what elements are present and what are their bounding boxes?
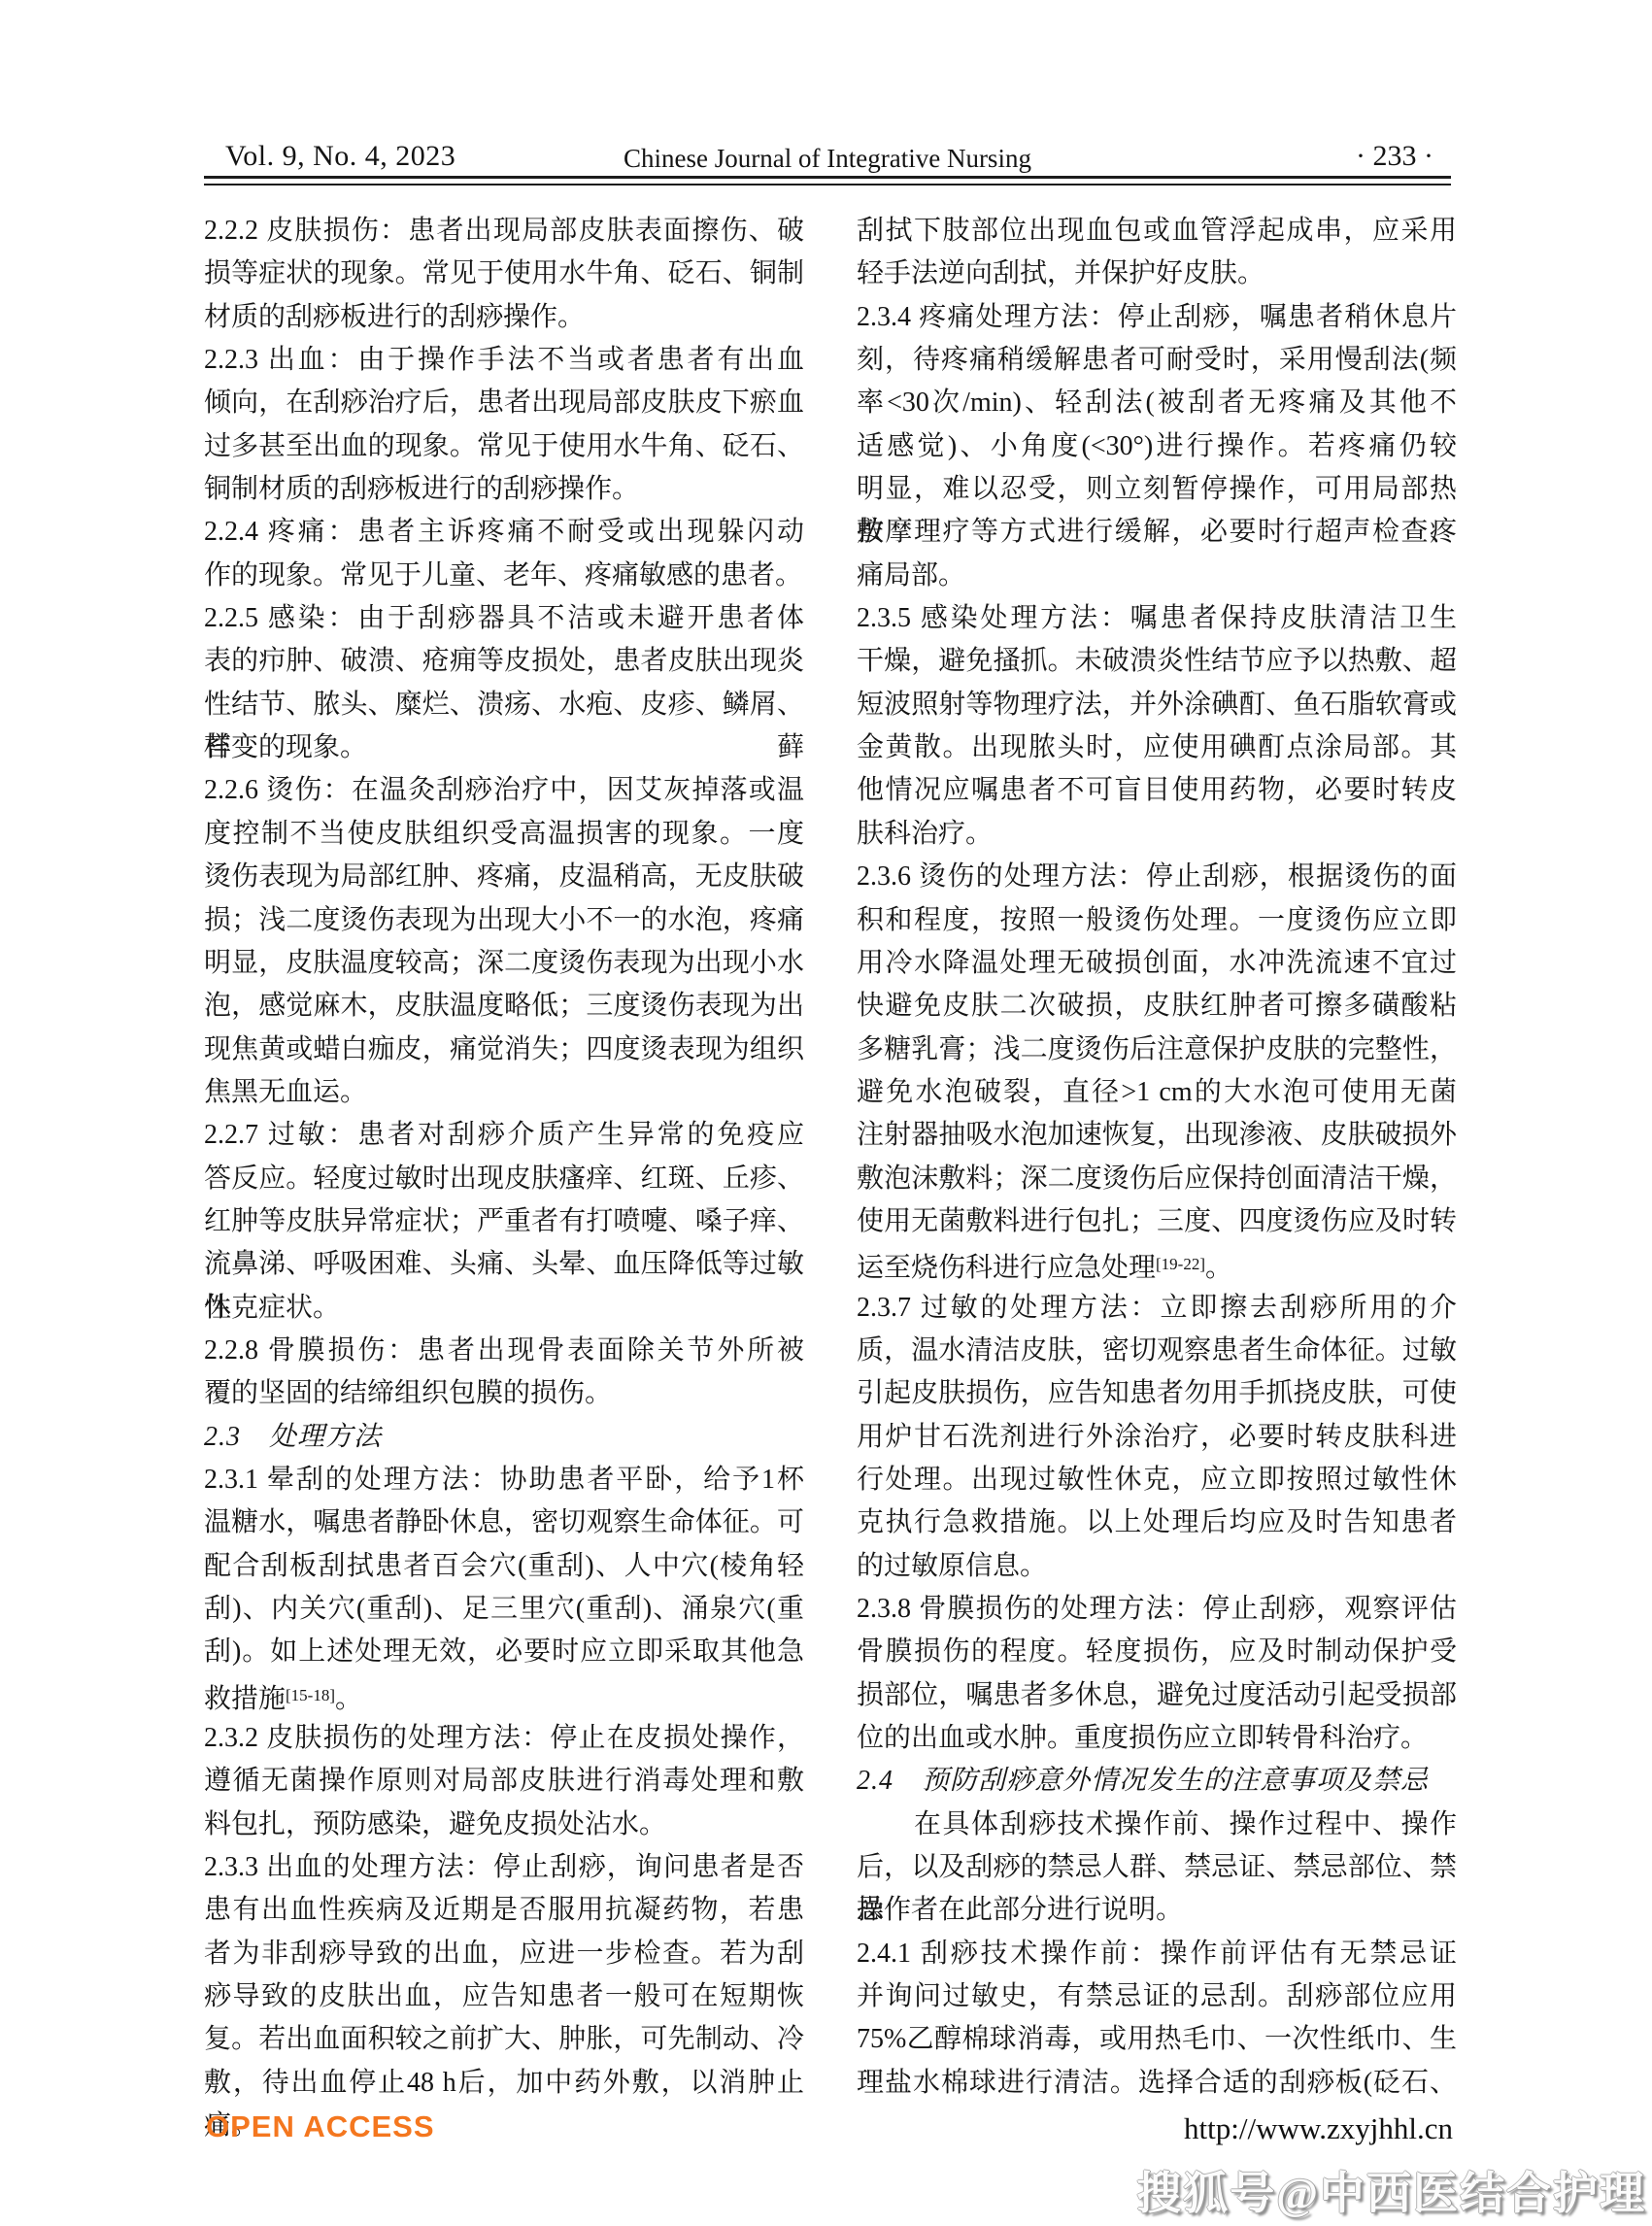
text-line: 患有出血性疾病及近期是否服用抗凝药物，若患 <box>204 1889 804 1932</box>
text-line: 引起皮肤损伤，应告知患者勿用手抓挠皮肤，可使 <box>857 1372 1457 1415</box>
text-line: 红肿等皮肤异常症状；严重者有打喷嚏、嗓子痒、 <box>204 1200 804 1243</box>
text-line: 干燥，避免搔抓。未破溃炎性结节应予以热敷、超 <box>857 640 1457 683</box>
text-line: 敷泡沫敷料；深二度烫伤后应保持创面清洁干燥， <box>857 1158 1457 1200</box>
section-heading: 2.3 处理方法 <box>204 1416 804 1459</box>
text-line: 配合刮板刮拭患者百会穴(重刮)、人中穴(棱角轻 <box>204 1545 804 1588</box>
text-line: 用冷水降温处理无破损创面，水冲洗流速不宜过 <box>857 942 1457 985</box>
text-line: 材质的刮痧板进行的刮痧操作。 <box>204 296 804 339</box>
text-line: 2.2.2 皮肤损伤：患者出现局部皮肤表面擦伤、破 <box>204 210 804 253</box>
text-line: 作的现象。常见于儿童、老年、疼痛敏感的患者。 <box>204 555 804 597</box>
text-line: 积和程度，按照一般烫伤处理。一度烫伤应立即 <box>857 899 1457 942</box>
text-line: 2.3.4 疼痛处理方法：停止刮痧，嘱患者稍休息片 <box>857 296 1457 339</box>
text-line: 75%乙醇棉球消毒，或用热毛巾、一次性纸巾、生 <box>857 2018 1457 2061</box>
text-line: 2.2.8 骨膜损伤：患者出现骨表面除关节外所被 <box>204 1330 804 1372</box>
text-line: 2.3.7 过敏的处理方法：立即擦去刮痧所用的介 <box>857 1287 1457 1330</box>
text-line: 2.2.6 烫伤：在温灸刮痧治疗中，因艾灰掉落或温 <box>204 769 804 812</box>
text-line: 后，以及刮痧的禁忌人群、禁忌证、禁忌部位、禁忌 <box>857 1846 1457 1889</box>
right-column: 刮拭下肢部位出现血包或血管浮起成串，应采用轻手法逆向刮拭，并保护好皮肤。2.3.… <box>857 210 1457 2105</box>
text-line: 2.3.5 感染处理方法：嘱患者保持皮肤清洁卫生 <box>857 597 1457 640</box>
text-line: 克执行急救措施。以上处理后均应及时告知患者 <box>857 1501 1457 1544</box>
text-line: 2.4.1 刮痧技术操作前：操作前评估有无禁忌证 <box>857 1933 1457 1975</box>
text-line: 适感觉)、小角度(<30°)进行操作。若疼痛仍较 <box>857 425 1457 468</box>
section-heading: 2.4 预防刮痧意外情况发生的注意事项及禁忌 <box>857 1760 1457 1803</box>
text-line: 复。若出血面积较之前扩大、肿胀，可先制动、冷 <box>204 2018 804 2061</box>
text-line: 刮)。如上述处理无效，必要时应立即采取其他急 <box>204 1631 804 1673</box>
text-line: 痧导致的皮肤出血，应告知患者一般可在短期恢 <box>204 1975 804 2018</box>
text-line: 2.3.8 骨膜损伤的处理方法：停止刮痧，观察评估 <box>857 1588 1457 1631</box>
text-line: 注射器抽吸水泡加速恢复，出现渗液、皮肤破损外 <box>857 1114 1457 1157</box>
text-line: 质，温水清洁皮肤，密切观察患者生命体征。过敏 <box>857 1330 1457 1372</box>
text-line: 料包扎，预防感染，避免皮损处沾水。 <box>204 1804 804 1846</box>
text-line: 现焦黄或蜡白痂皮，痛觉消失；四度烫表现为组织 <box>204 1029 804 1071</box>
journal-page: Vol. 9, No. 4, 2023 Chinese Journal of I… <box>0 0 1652 2226</box>
text-line: 答反应。轻度过敏时出现皮肤瘙痒、红斑、丘疹、 <box>204 1158 804 1200</box>
text-line: 轻手法逆向刮拭，并保护好皮肤。 <box>857 253 1457 295</box>
text-line: 理盐水棉球进行清洁。选择合适的刮痧板(砭石、 <box>857 2062 1457 2105</box>
text-line: 痛局部。 <box>857 555 1457 597</box>
text-line: 快避免皮肤二次破损，皮肤红肿者可擦多磺酸粘 <box>857 985 1457 1028</box>
text-line: 按摩理疗等方式进行缓解，必要时行超声检查疼 <box>857 511 1457 554</box>
text-line: 2.3.2 皮肤损伤的处理方法：停止在皮损处操作， <box>204 1717 804 1760</box>
header-journal-title: Chinese Journal of Integrative Nursing <box>204 142 1451 175</box>
text-line: 避免水泡破裂，直径>1 cm的大水泡可使用无菌 <box>857 1071 1457 1114</box>
text-line: 2.2.7 过敏：患者对刮痧介质产生异常的免疫应 <box>204 1114 804 1157</box>
text-line: 位的出血或水肿。重度损伤应立即转骨科治疗。 <box>857 1717 1457 1760</box>
text-line: 明显，皮肤温度较高；深二度烫伤表现为出现小水 <box>204 942 804 985</box>
text-line: 铜制材质的刮痧板进行的刮痧操作。 <box>204 468 804 511</box>
left-column: 2.2.2 皮肤损伤：患者出现局部皮肤表面擦伤、破损等症状的现象。常见于使用水牛… <box>204 210 804 2105</box>
text-line: 肤科治疗。 <box>857 813 1457 856</box>
header-page-number: · 233 · <box>1356 140 1433 173</box>
text-line: 2.3.1 晕刮的处理方法：协助患者平卧，给予1杯 <box>204 1459 804 1501</box>
text-line: 在具体刮痧技术操作前、操作过程中、操作 <box>857 1804 1457 1846</box>
text-line: 刻，待疼痛稍缓解患者可耐受时，采用慢刮法(频 <box>857 339 1457 382</box>
text-line: 2.3.3 出血的处理方法：停止刮痧，询问患者是否 <box>204 1846 804 1889</box>
text-line: 表的疖肿、破溃、疮痈等皮损处，患者皮肤出现炎 <box>204 640 804 683</box>
reference-superscript: [15-18] <box>286 1686 335 1704</box>
header-double-rule <box>204 176 1451 185</box>
text-line: 损；浅二度烫伤表现为出现大小不一的水泡，疼痛 <box>204 899 804 942</box>
text-line: 金黄散。出现脓头时，应使用碘酊点涂局部。其 <box>857 726 1457 769</box>
text-line: 2.3.6 烫伤的处理方法：停止刮痧，根据烫伤的面 <box>857 856 1457 898</box>
text-line: 2.2.4 疼痛：患者主诉疼痛不耐受或出现躲闪动 <box>204 511 804 554</box>
text-line: 休克症状。 <box>204 1287 804 1330</box>
page-header: Vol. 9, No. 4, 2023 Chinese Journal of I… <box>204 140 1451 175</box>
text-line: 运至烧伤科进行应急处理[19-22]。 <box>857 1243 1457 1286</box>
text-line: 率<30次/min)、轻刮法(被刮者无疼痛及其他不 <box>857 382 1457 424</box>
text-line: 损部位，嘱患者多休息，避免过度活动引起受损部 <box>857 1674 1457 1717</box>
text-line: 损等症状的现象。常见于使用水牛角、砭石、铜制 <box>204 253 804 295</box>
text-line: 覆的坚固的结缔组织包膜的损伤。 <box>204 1372 804 1415</box>
text-line: 倾向，在刮痧治疗后，患者出现局部皮肤皮下瘀血 <box>204 382 804 424</box>
text-line: 温糖水，嘱患者静卧休息，密切观察生命体征。可 <box>204 1501 804 1544</box>
text-line: 的过敏原信息。 <box>857 1545 1457 1588</box>
text-line: 救措施[15-18]。 <box>204 1674 804 1717</box>
text-line: 他情况应嘱患者不可盲目使用药物，必要时转皮 <box>857 769 1457 812</box>
open-access-label: OPEN ACCESS <box>206 2109 435 2144</box>
watermark-souhu: 搜狐号@中西医结合护理 <box>1136 2158 1646 2222</box>
text-line: 短波照射等物理疗法，并外涂碘酊、鱼石脂软膏或 <box>857 684 1457 726</box>
text-line: 敷，待出血停止48 h后，加中药外敷，以消肿止痛。 <box>204 2062 804 2105</box>
text-line: 骨膜损伤的程度。轻度损伤，应及时制动保护受 <box>857 1631 1457 1673</box>
text-line: 焦黑无血运。 <box>204 1071 804 1114</box>
text-line: 操作者在此部分进行说明。 <box>857 1889 1457 1932</box>
text-line: 2.2.3 出血：由于操作手法不当或者患者有出血 <box>204 339 804 382</box>
reference-superscript: [19-22] <box>1156 1255 1205 1273</box>
text-line: 泡，感觉麻木，皮肤温度略低；三度烫伤表现为出 <box>204 985 804 1028</box>
text-line: 刮)、内关穴(重刮)、足三里穴(重刮)、涌泉穴(重 <box>204 1588 804 1631</box>
text-line: 过多甚至出血的现象。常见于使用水牛角、砭石、 <box>204 425 804 468</box>
text-line: 2.2.5 感染：由于刮痧器具不洁或未避开患者体 <box>204 597 804 640</box>
text-line: 使用无菌敷料进行包扎；三度、四度烫伤应及时转 <box>857 1200 1457 1243</box>
text-line: 性结节、脓头、糜烂、溃疡、水疱、皮疹、鳞屑、苔藓 <box>204 684 804 726</box>
text-line: 明显，难以忍受，则立刻暂停操作，可用局部热敷、 <box>857 468 1457 511</box>
text-line: 流鼻涕、呼吸困难、头痛、头晕、血压降低等过敏性 <box>204 1243 804 1286</box>
text-line: 遵循无菌操作原则对局部皮肤进行消毒处理和敷 <box>204 1760 804 1803</box>
text-line: 烫伤表现为局部红肿、疼痛，皮温稍高，无皮肤破 <box>204 856 804 898</box>
text-line: 并询问过敏史，有禁忌证的忌刮。刮痧部位应用 <box>857 1975 1457 2018</box>
text-line: 刮拭下肢部位出现血包或血管浮起成串，应采用 <box>857 210 1457 253</box>
text-line: 行处理。出现过敏性休克，应立即按照过敏性休 <box>857 1459 1457 1501</box>
journal-url: http://www.zxyjhhl.cn <box>1184 2111 1453 2146</box>
text-line: 多糖乳膏；浅二度烫伤后注意保护皮肤的完整性， <box>857 1029 1457 1071</box>
text-line: 度控制不当使皮肤组织受高温损害的现象。一度 <box>204 813 804 856</box>
text-line: 者为非刮痧导致的出血，应进一步检查。若为刮 <box>204 1933 804 1975</box>
text-line: 用炉甘石洗剂进行外涂治疗，必要时转皮肤科进 <box>857 1416 1457 1459</box>
